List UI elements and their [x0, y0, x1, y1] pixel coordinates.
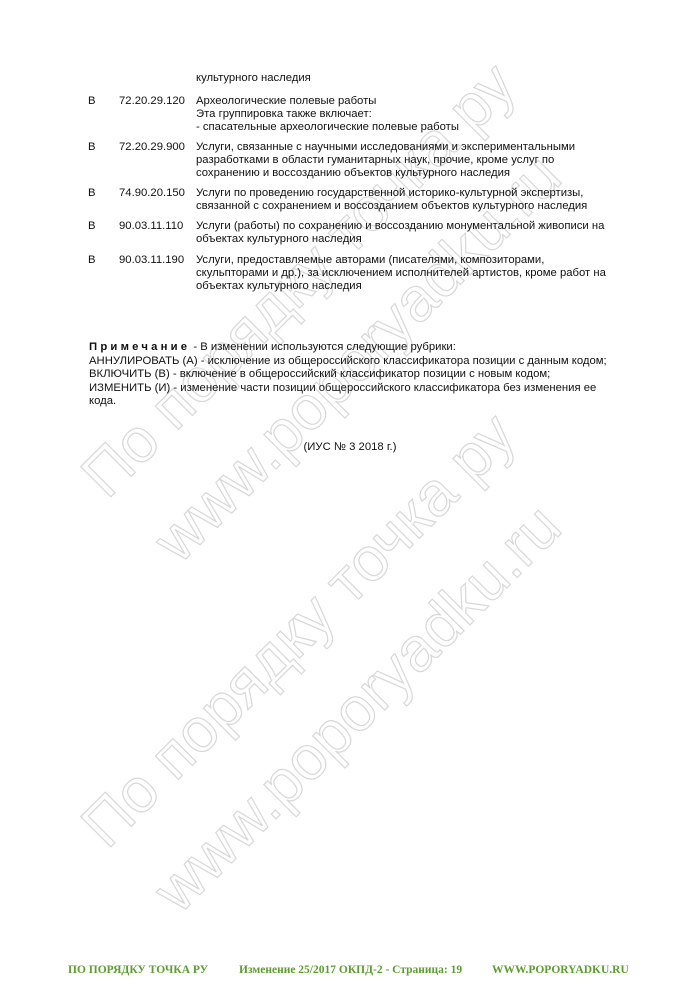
- entry-code: 90.03.11.110: [119, 220, 183, 233]
- entry-action: В: [88, 220, 96, 233]
- entry-description: Археологические полевые работы Эта групп…: [196, 95, 459, 134]
- entry-line: Услуги по проведению государственной ист…: [196, 187, 587, 200]
- entry-action: В: [88, 254, 96, 267]
- footer-page-info: Изменение 25/2017 ОКПД-2 - Страница: 19: [239, 964, 462, 976]
- note-intro: - В изменении используются следующие руб…: [190, 341, 456, 353]
- document-page: По порядку точка ру www.poporyadku.ru По…: [0, 0, 700, 990]
- note-line: кода.: [89, 395, 607, 409]
- entry-code: 90.03.11.190: [119, 254, 184, 267]
- entry-line: Услуги, предоставляемые авторами (писате…: [196, 254, 606, 267]
- note-block: Примечание - В изменении используются сл…: [89, 341, 607, 409]
- ius-reference: (ИУС № 3 2018 г.): [0, 441, 700, 453]
- entry-line: - спасательные археологические полевые р…: [196, 121, 459, 134]
- entry-action: В: [88, 141, 96, 154]
- entry-action: В: [88, 95, 96, 108]
- entry-line: разработками в области гуманитарных наук…: [196, 154, 575, 167]
- entry-code: 72.20.29.120: [119, 95, 185, 108]
- entry-line: сохранению и воссозданию объектов культу…: [196, 167, 575, 180]
- entry-description: Услуги, предоставляемые авторами (писате…: [196, 254, 606, 293]
- entry-line: Услуги (работы) по сохранению и воссозда…: [196, 220, 604, 233]
- entry-description: Услуги (работы) по сохранению и воссозда…: [196, 220, 604, 246]
- continuation-line: культурного наследия: [196, 72, 311, 85]
- note-heading: Примечание: [89, 341, 190, 353]
- entry-description: Услуги по проведению государственной ист…: [196, 187, 587, 213]
- footer-site-url[interactable]: WWW.POPORYADKU.RU: [492, 964, 629, 976]
- entry-line: связанной с сохранением и воссозданием о…: [196, 200, 587, 213]
- note-line: ИЗМЕНИТЬ (И) - изменение части позиции о…: [89, 382, 607, 396]
- entry-line: Услуги, связанные с научными исследовани…: [196, 141, 575, 154]
- footer-site-name: ПО ПОРЯДКУ ТОЧКА РУ: [68, 964, 208, 976]
- entry-line: Археологические полевые работы: [196, 95, 459, 108]
- note-line: АННУЛИРОВАТЬ (А) - исключение из общерос…: [89, 355, 607, 369]
- entry-line: скульпторами и др.), за исключением испо…: [196, 267, 606, 280]
- entry-action: В: [88, 187, 96, 200]
- entry-description: Услуги, связанные с научными исследовани…: [196, 141, 575, 180]
- entry-code: 72.20.29.900: [119, 141, 185, 154]
- entry-code: 74.90.20.150: [119, 187, 185, 200]
- entry-line: Эта группировка также включает:: [196, 108, 459, 121]
- note-line: ВКЛЮЧИТЬ (В) - включение в общероссийски…: [89, 368, 607, 382]
- note-intro-line: Примечание - В изменении используются сл…: [89, 341, 607, 355]
- entry-line: объектах культурного наследия: [196, 233, 604, 246]
- entry-line: объектах культурного наследия: [196, 280, 606, 293]
